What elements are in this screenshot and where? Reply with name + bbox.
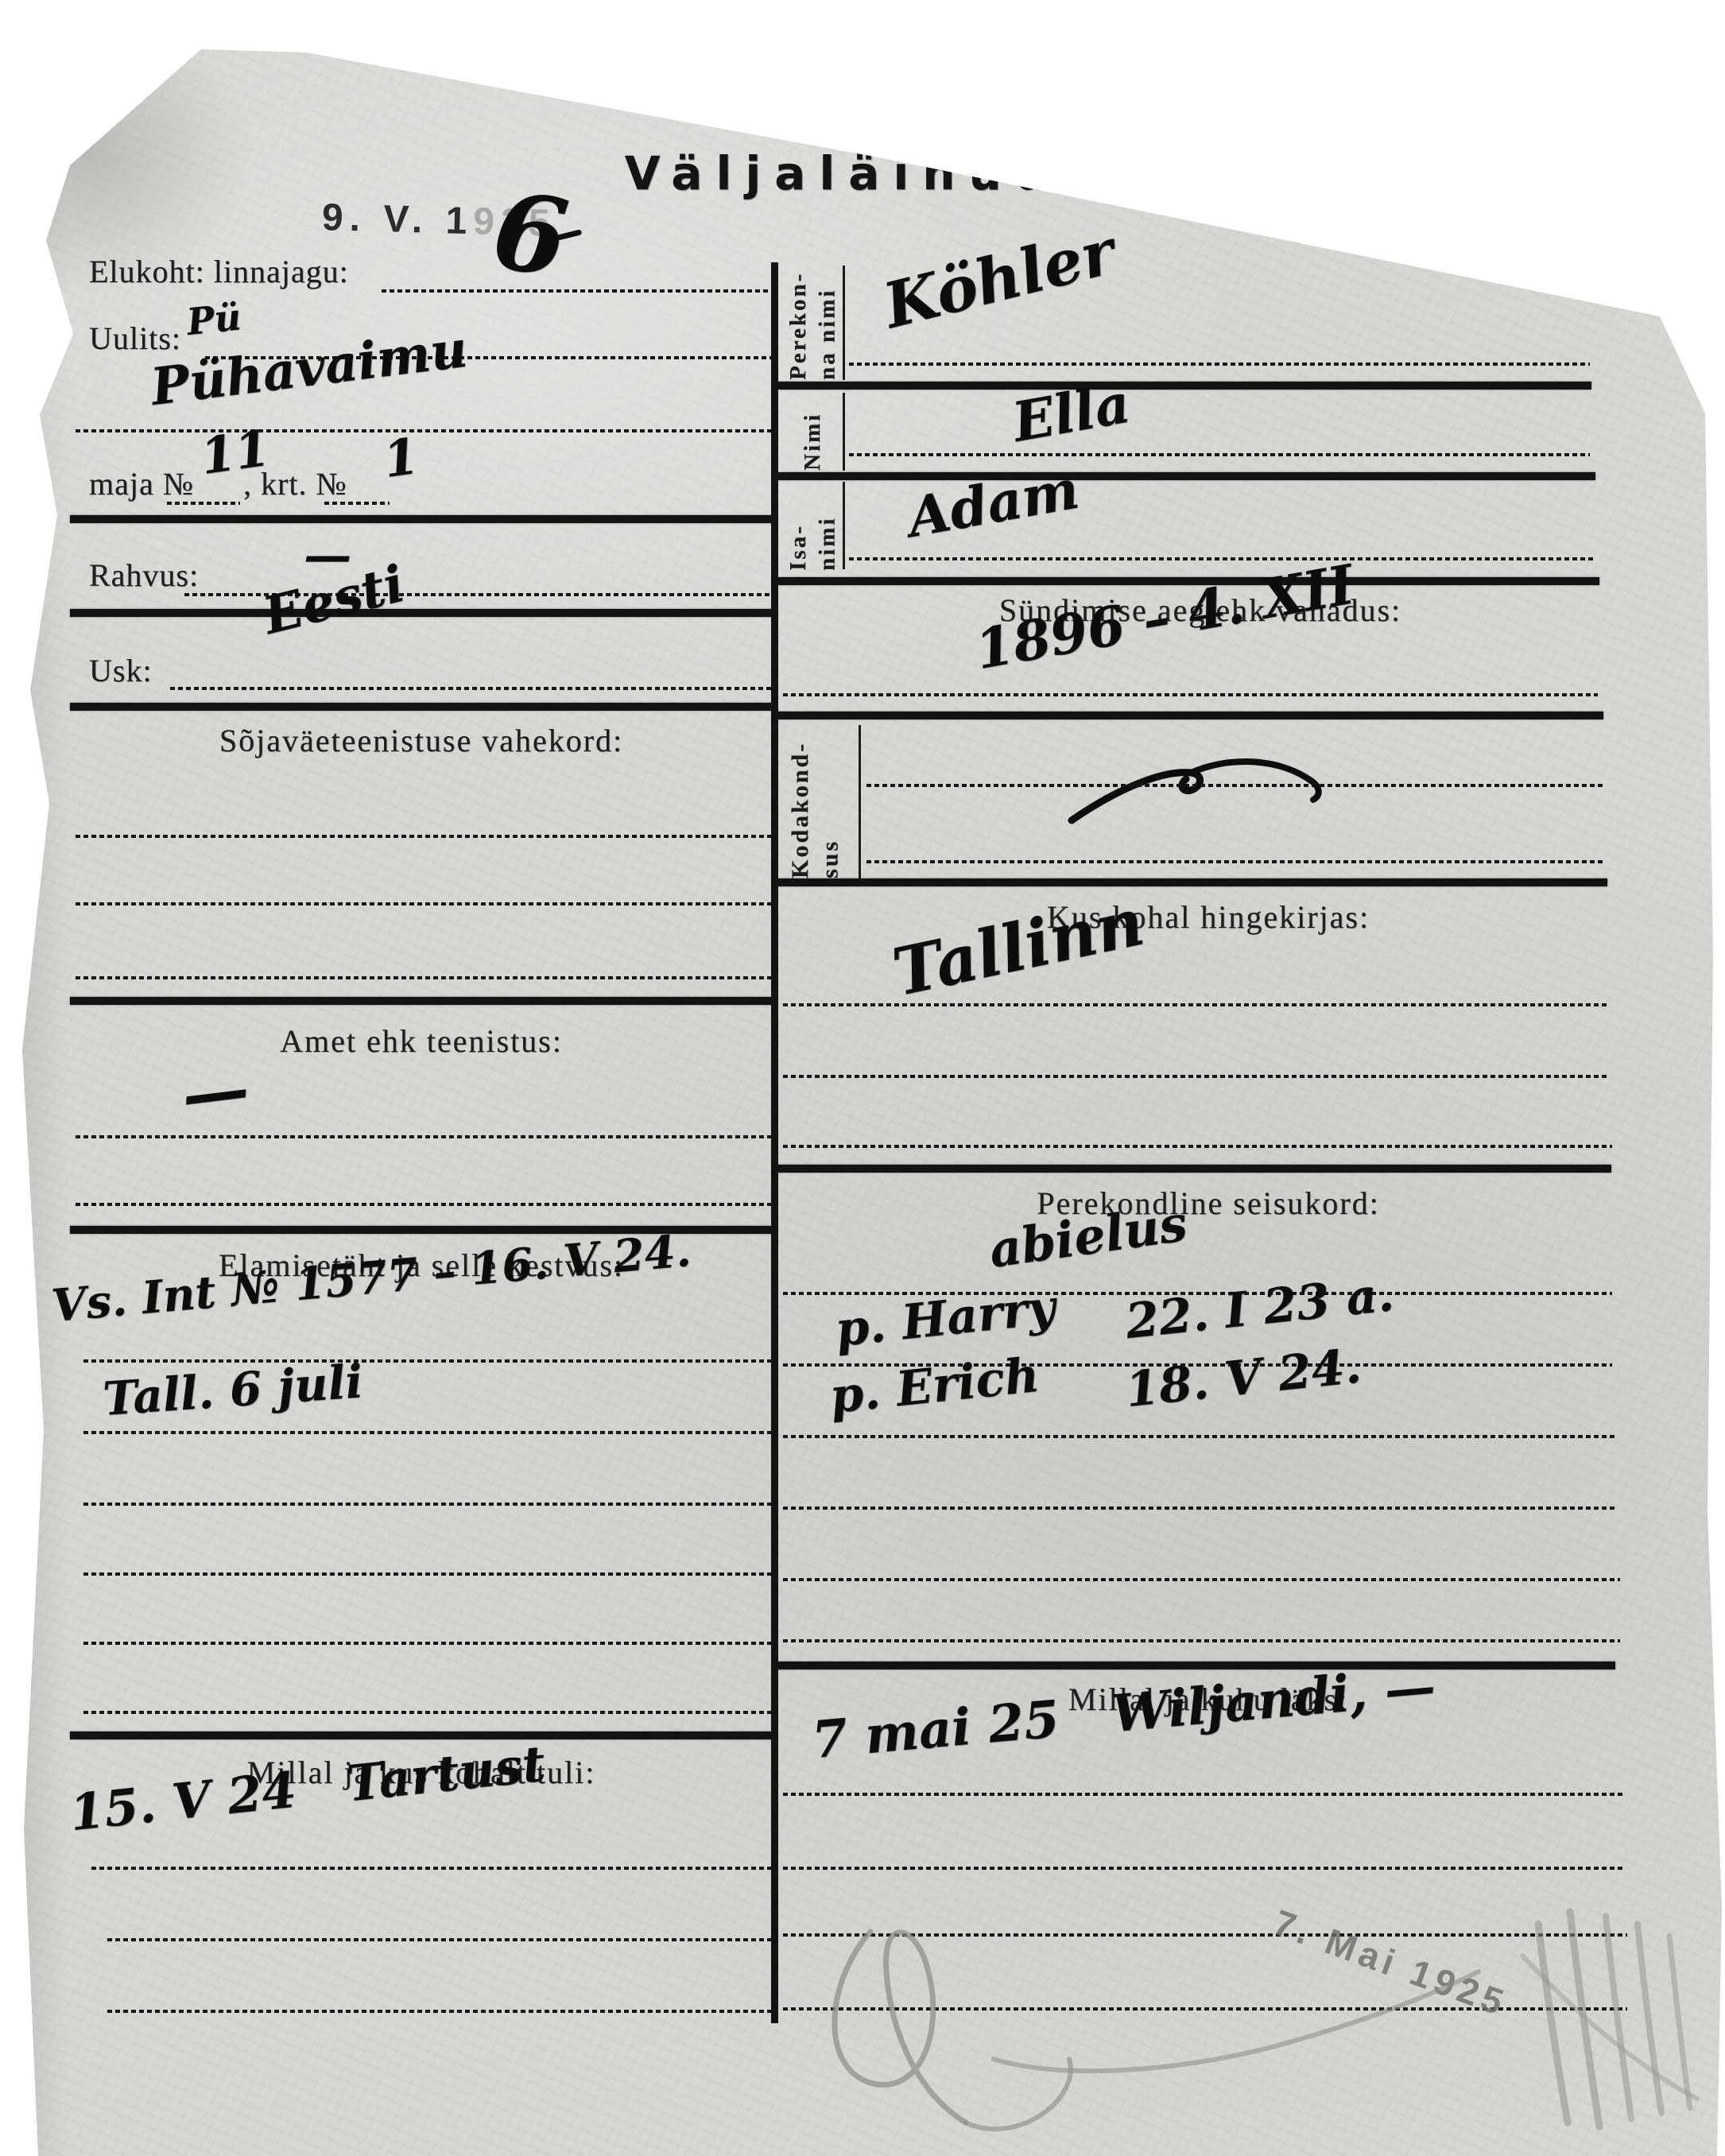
handwritten-child2-name: p. Erich xyxy=(828,1347,1042,1425)
section-divider xyxy=(70,1731,777,1739)
handwritten-apartment-number: 1 xyxy=(380,427,422,489)
handwritten-citizenship-flourish xyxy=(1065,750,1328,826)
dotted-line xyxy=(83,1431,771,1434)
section-divider xyxy=(70,515,777,523)
handwritten-birth-date: 1896 – 4. XII xyxy=(971,553,1359,682)
section-divider xyxy=(773,1662,1615,1669)
field-label-name: Nimi xyxy=(798,396,827,471)
field-label-usk: Usk: xyxy=(89,652,153,689)
section-divider xyxy=(773,712,1603,719)
field-label-father: Isa-nimi xyxy=(784,485,842,571)
card-title: Väljaläinud. xyxy=(572,146,1145,200)
dotted-line xyxy=(783,1003,1608,1006)
field-label-father-line1: Isa- xyxy=(784,485,812,571)
handwritten-child2-date: 18. V 24. xyxy=(1123,1338,1364,1418)
dotted-line xyxy=(107,1938,771,1941)
dotted-line xyxy=(783,1145,1612,1148)
dotted-line xyxy=(76,976,771,979)
dotted-line xyxy=(866,784,1604,787)
gutter-rule xyxy=(843,482,845,569)
field-label-surname-line2: na nimi xyxy=(812,267,841,380)
section-heading-occupation: Amet ehk teenistus: xyxy=(72,1022,771,1060)
dotted-line xyxy=(83,1503,771,1506)
handwritten-permit-line1: Vs. Int № 1577 – 16. V 24. xyxy=(49,1224,692,1332)
dotted-line xyxy=(76,1203,771,1206)
column-divider xyxy=(771,262,778,2023)
field-label-elukoht: Elukoht: linnajagu: xyxy=(89,253,349,290)
handwritten-departure-info: 7 mai 25 Wiljandi, — xyxy=(809,1657,1437,1770)
section-divider xyxy=(70,997,777,1005)
field-label-maja: maja № xyxy=(89,465,194,502)
field-label-uulits: Uulits: xyxy=(89,320,181,357)
gutter-rule xyxy=(843,393,845,471)
pencil-signature xyxy=(795,1860,1725,2156)
handwritten-occupation-dash: — xyxy=(177,1049,253,1134)
dotted-line xyxy=(783,1075,1608,1078)
section-heading-family: Perekondline seisukord: xyxy=(859,1185,1558,1222)
dotted-line xyxy=(76,835,771,838)
section-divider xyxy=(70,703,777,711)
registration-card: Väljaläinud. 9. V. 1925 6 Elukoht: linna… xyxy=(0,0,1725,2156)
field-label-surname-line1: Perekon- xyxy=(784,267,812,380)
dotted-line xyxy=(783,1793,1624,1796)
dotted-line xyxy=(76,1135,771,1138)
handwritten-surname: Köhler xyxy=(877,215,1122,343)
field-label-citizenship-line2: sus xyxy=(816,727,846,878)
dotted-line xyxy=(783,1435,1616,1438)
dotted-line xyxy=(849,557,1596,560)
dotted-line xyxy=(107,2010,771,2013)
dotted-line xyxy=(91,1867,771,1870)
dotted-line xyxy=(783,1578,1620,1581)
handwritten-street-abbr: Pü xyxy=(184,295,242,343)
field-label-father-line2: nimi xyxy=(812,485,841,571)
field-label-name-line1: Nimi xyxy=(798,396,827,471)
dotted-line xyxy=(382,289,771,293)
gutter-rule xyxy=(859,725,861,881)
dotted-line xyxy=(83,1572,771,1576)
section-divider xyxy=(773,472,1595,480)
arrival-stamp-dark: 9. V. 1 xyxy=(321,196,474,242)
dotted-line xyxy=(783,1639,1620,1642)
gutter-rule xyxy=(843,266,845,380)
dotted-line xyxy=(76,902,771,905)
handwritten-arrival-info: 15. V 24 Tartust xyxy=(67,1735,548,1842)
field-label-surname: Perekon-na nimi xyxy=(784,267,842,380)
section-divider xyxy=(70,609,777,617)
dotted-line xyxy=(83,1642,771,1645)
dotted-line xyxy=(170,687,771,690)
section-divider xyxy=(773,878,1607,886)
section-divider xyxy=(773,1165,1611,1173)
handwritten-child1-date: 22. I 23 a. xyxy=(1123,1266,1397,1350)
scan-background: Väljaläinud. 9. V. 1925 6 Elukoht: linna… xyxy=(0,0,1725,2156)
dotted-line xyxy=(783,693,1598,696)
field-label-rahvus: Rahvus: xyxy=(89,556,199,594)
field-label-citizenship-line1: Kodakond- xyxy=(785,727,816,878)
dotted-line xyxy=(866,860,1604,863)
dotted-line xyxy=(76,429,771,432)
dotted-line xyxy=(83,1359,771,1363)
dotted-line xyxy=(849,363,1590,366)
section-divider xyxy=(773,382,1591,390)
handwritten-permit-line2: Tall. 6 juli xyxy=(101,1354,364,1426)
field-label-citizenship: Kodakond-sus xyxy=(785,727,845,878)
section-heading-military: Sõjaväeteenistuse vahekord: xyxy=(72,722,771,759)
dotted-line xyxy=(849,453,1590,456)
dotted-line xyxy=(167,502,240,505)
dotted-line xyxy=(783,1506,1616,1510)
dotted-line xyxy=(83,1711,771,1714)
dotted-line xyxy=(324,502,390,505)
field-label-krt: , krt. № xyxy=(243,465,347,502)
